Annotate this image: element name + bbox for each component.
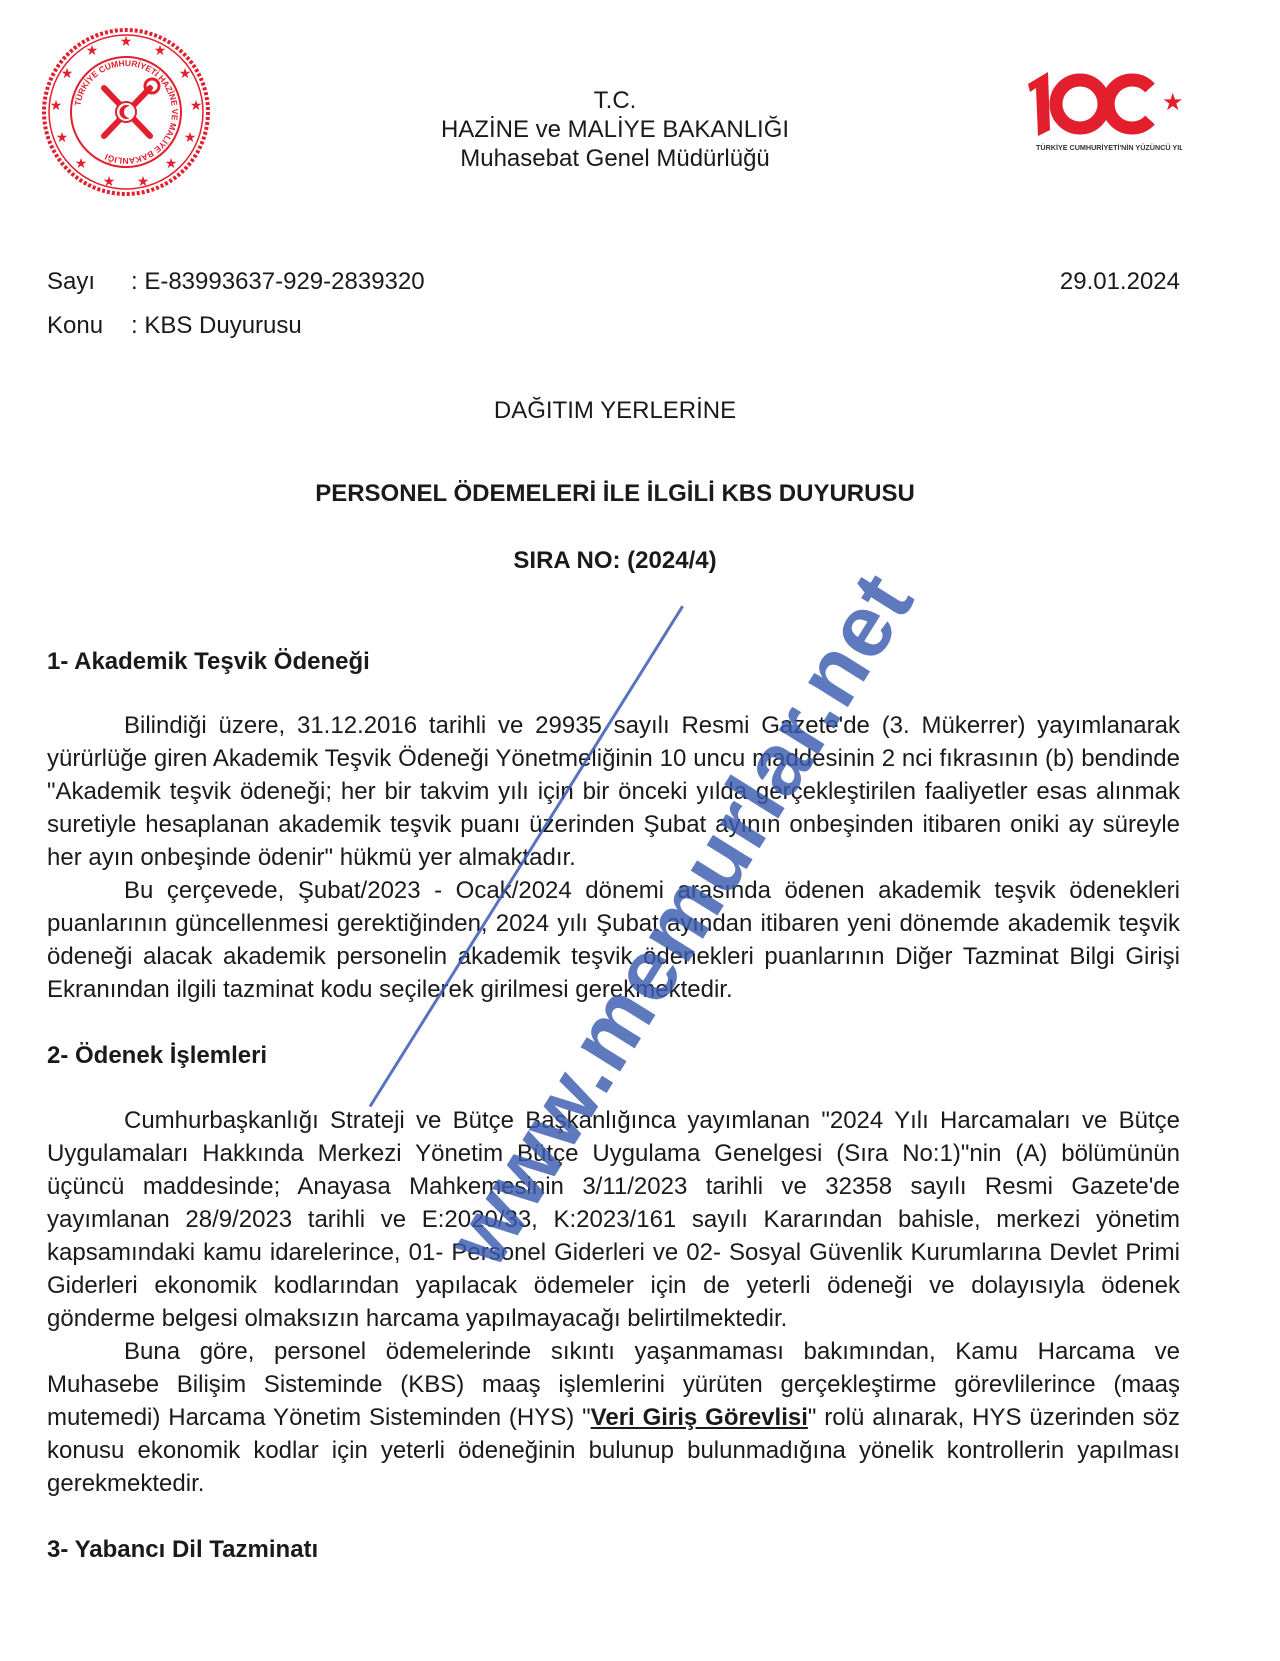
konu-row: Konu: KBS Duyurusu xyxy=(47,312,302,340)
svg-text:★: ★ xyxy=(103,173,116,189)
konu-value: : KBS Duyurusu xyxy=(131,312,302,340)
svg-text:★: ★ xyxy=(120,33,133,49)
svg-text:★: ★ xyxy=(61,65,74,81)
sayi-value: : E-83993637-929-2839320 xyxy=(131,268,425,296)
letterhead-ministry: HAZİNE ve MALİYE BAKANLIĞI xyxy=(0,115,1230,144)
section-1-body: Bilindiği üzere, 31.12.2016 tarihli ve 2… xyxy=(47,709,1180,1006)
role-highlight: Veri Giriş Görevlisi xyxy=(591,1404,808,1431)
letterhead-directorate: Muhasebat Genel Müdürlüğü xyxy=(0,144,1230,173)
document-date: 29.01.2024 xyxy=(1060,268,1180,296)
section-1-paragraph-1: Bilindiği üzere, 31.12.2016 tarihli ve 2… xyxy=(47,709,1180,874)
svg-text:★: ★ xyxy=(137,173,150,189)
svg-text:★: ★ xyxy=(86,42,99,58)
section-2-paragraph-1: Cumhurbaşkanlığı Strateji ve Bütçe Başka… xyxy=(47,1104,1180,1335)
svg-text:★: ★ xyxy=(179,65,192,81)
section-1-title: 1- Akademik Teşvik Ödeneği xyxy=(47,648,370,676)
section-2-title: 2- Ödenek İşlemleri xyxy=(47,1042,267,1070)
section-3-title: 3- Yabancı Dil Tazminatı xyxy=(47,1536,318,1564)
section-1-paragraph-2: Bu çerçevede, Şubat/2023 - Ocak/2024 dön… xyxy=(47,874,1180,1006)
sayi-label: Sayı xyxy=(47,268,131,296)
svg-text:★: ★ xyxy=(154,42,167,58)
letterhead: T.C. HAZİNE ve MALİYE BAKANLIĞI Muhaseba… xyxy=(0,86,1230,173)
letterhead-line-tc: T.C. xyxy=(0,86,1230,115)
sayi-row: Sayı: E-83993637-929-2839320 xyxy=(47,268,425,296)
sira-no: SIRA NO: (2024/4) xyxy=(0,547,1230,575)
konu-label: Konu xyxy=(47,312,131,340)
section-2-body: Cumhurbaşkanlığı Strateji ve Bütçe Başka… xyxy=(47,1104,1180,1500)
section-2-paragraph-2: Buna göre, personel ödemelerinde sıkıntı… xyxy=(47,1335,1180,1500)
document-title: PERSONEL ÖDEMELERİ İLE İLGİLİ KBS DUYURU… xyxy=(0,480,1230,508)
recipient: DAĞITIM YERLERİNE xyxy=(0,397,1230,425)
